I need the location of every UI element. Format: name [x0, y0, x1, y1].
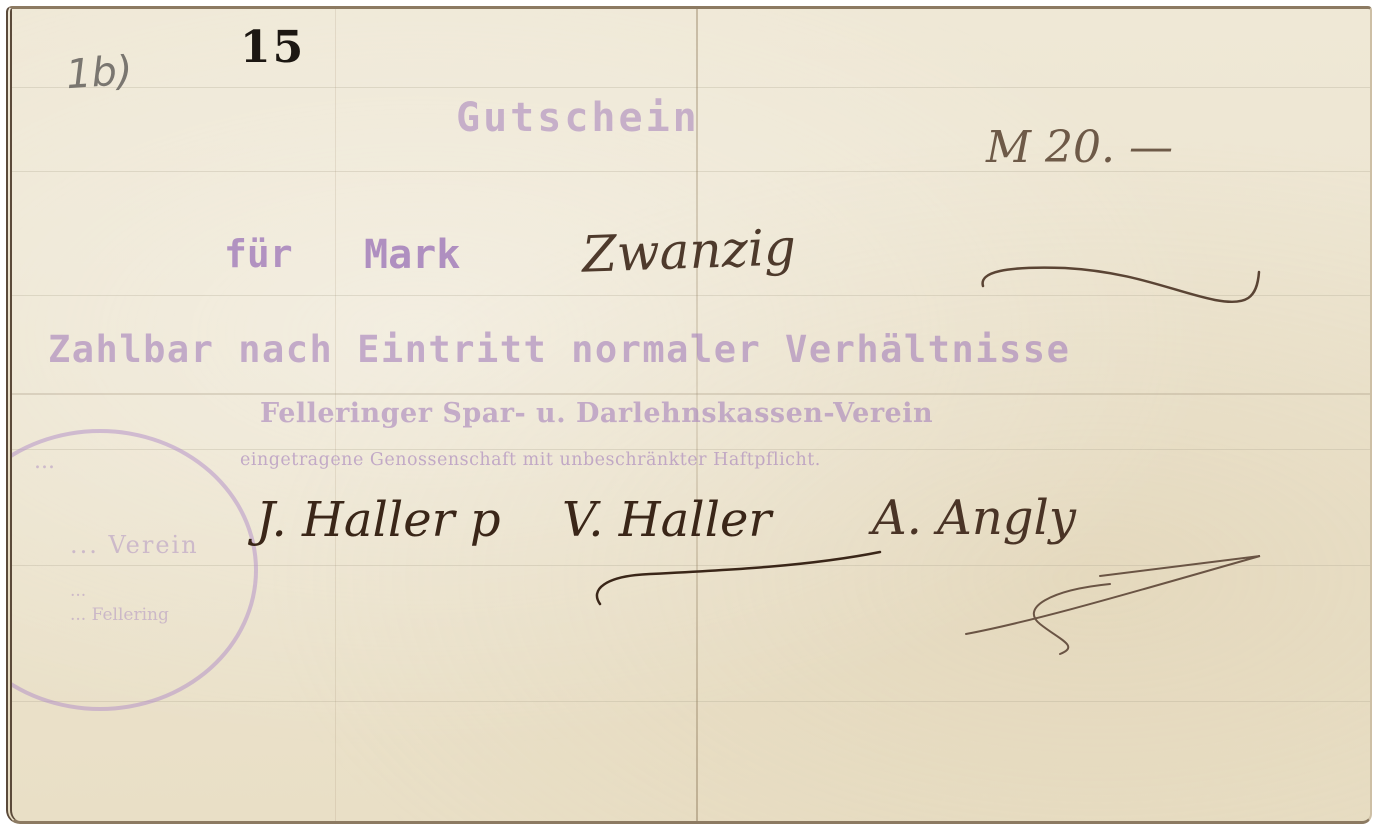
- signature-3-underline: [960, 550, 1270, 660]
- horizontal-fold-crease: [12, 393, 1370, 395]
- amount-words-handwritten: Zwanzig: [581, 218, 797, 283]
- seal-text-line: ...: [34, 449, 55, 474]
- voucher-title: Gutschein: [456, 95, 700, 141]
- seal-text-line: ... Verein: [70, 531, 199, 559]
- serial-number: 15: [240, 22, 305, 73]
- issuer-legal-form: eingetragene Genossenschaft mit unbeschr…: [240, 450, 821, 470]
- issuer-name: Felleringer Spar- u. Darlehnskassen-Vere…: [260, 398, 933, 429]
- amount-prefix-mark: Mark: [364, 232, 460, 278]
- amount-flourish: [975, 262, 1265, 322]
- amount-prefix-fur: für: [224, 232, 293, 276]
- ruled-line: [12, 701, 1370, 702]
- pencil-annotation: 1b): [64, 48, 134, 99]
- ruled-line: [12, 87, 1370, 88]
- payable-clause: Zahlbar nach Eintritt normaler Verhältni…: [48, 328, 1070, 371]
- seal-text-line: ... Fellering: [70, 605, 169, 625]
- amount-figure-handwritten: M 20. —: [986, 122, 1173, 173]
- signature-1: J. Haller p: [256, 492, 501, 548]
- seal-text-line: ...: [70, 581, 86, 601]
- signature-2-underline: [590, 540, 890, 610]
- signature-3: A. Angly: [872, 490, 1076, 546]
